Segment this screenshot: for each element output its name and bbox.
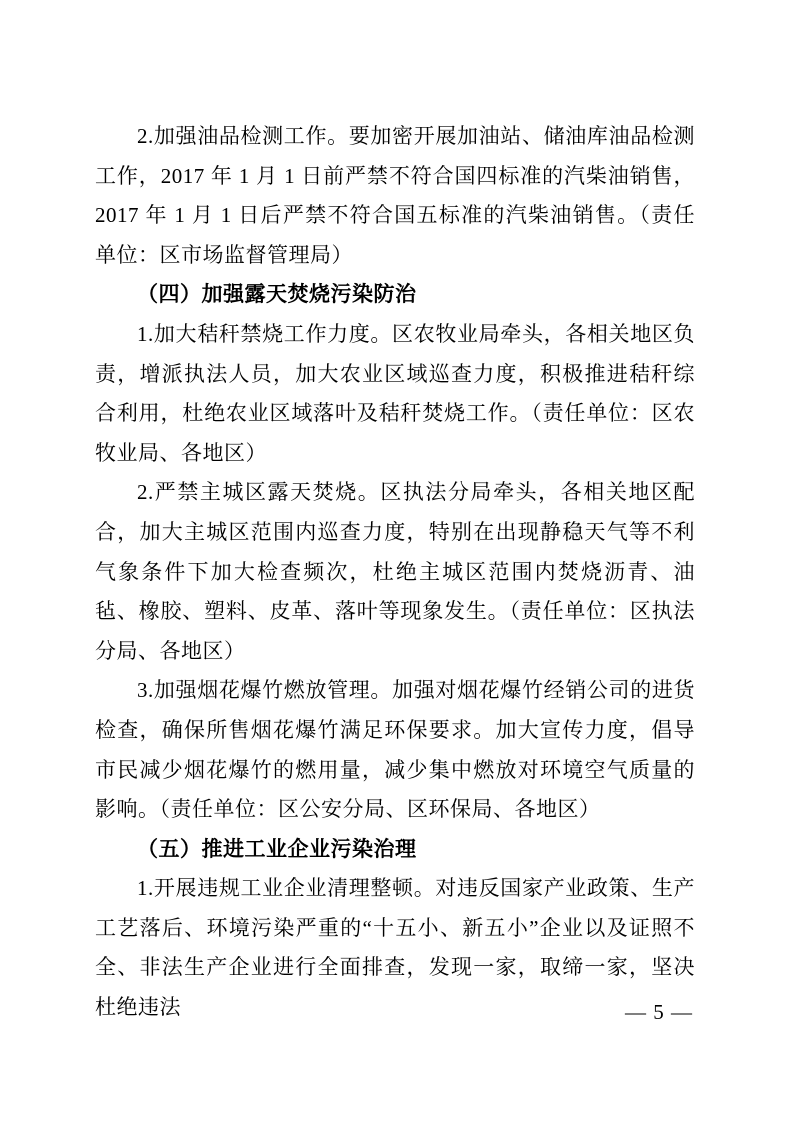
page-number: — 5 — [625, 1000, 693, 1024]
paragraph-straw-burning-ban: 1.加大秸秆禁烧工作力度。区农牧业局牵头，各相关地区负责，增派执法人员，加大农业… [95, 315, 695, 473]
section-heading-industrial-pollution: （五）推进工业企业污染治理 [95, 830, 695, 870]
document-page: 2.加强油品检测工作。要加密开展加油站、储油库油品检测工作，2017 年 1 月… [0, 0, 793, 1122]
section-heading-open-burning: （四）加强露天焚烧污染防治 [95, 275, 695, 315]
document-body: 2.加强油品检测工作。要加密开展加油站、储油库油品检测工作，2017 年 1 月… [95, 117, 695, 1028]
paragraph-urban-open-burning-ban: 2.严禁主城区露天焚烧。区执法分局牵头，各相关地区配合，加大主城区范围内巡查力度… [95, 473, 695, 671]
paragraph-illegal-enterprise-cleanup: 1.开展违规工业企业清理整顿。对违反国家产业政策、生产工艺落后、环境污染严重的“… [95, 869, 695, 1027]
paragraph-fireworks-management: 3.加强烟花爆竹燃放管理。加强对烟花爆竹经销公司的进货检查，确保所售烟花爆竹满足… [95, 671, 695, 829]
paragraph-fuel-quality-inspection: 2.加强油品检测工作。要加密开展加油站、储油库油品检测工作，2017 年 1 月… [95, 117, 695, 275]
